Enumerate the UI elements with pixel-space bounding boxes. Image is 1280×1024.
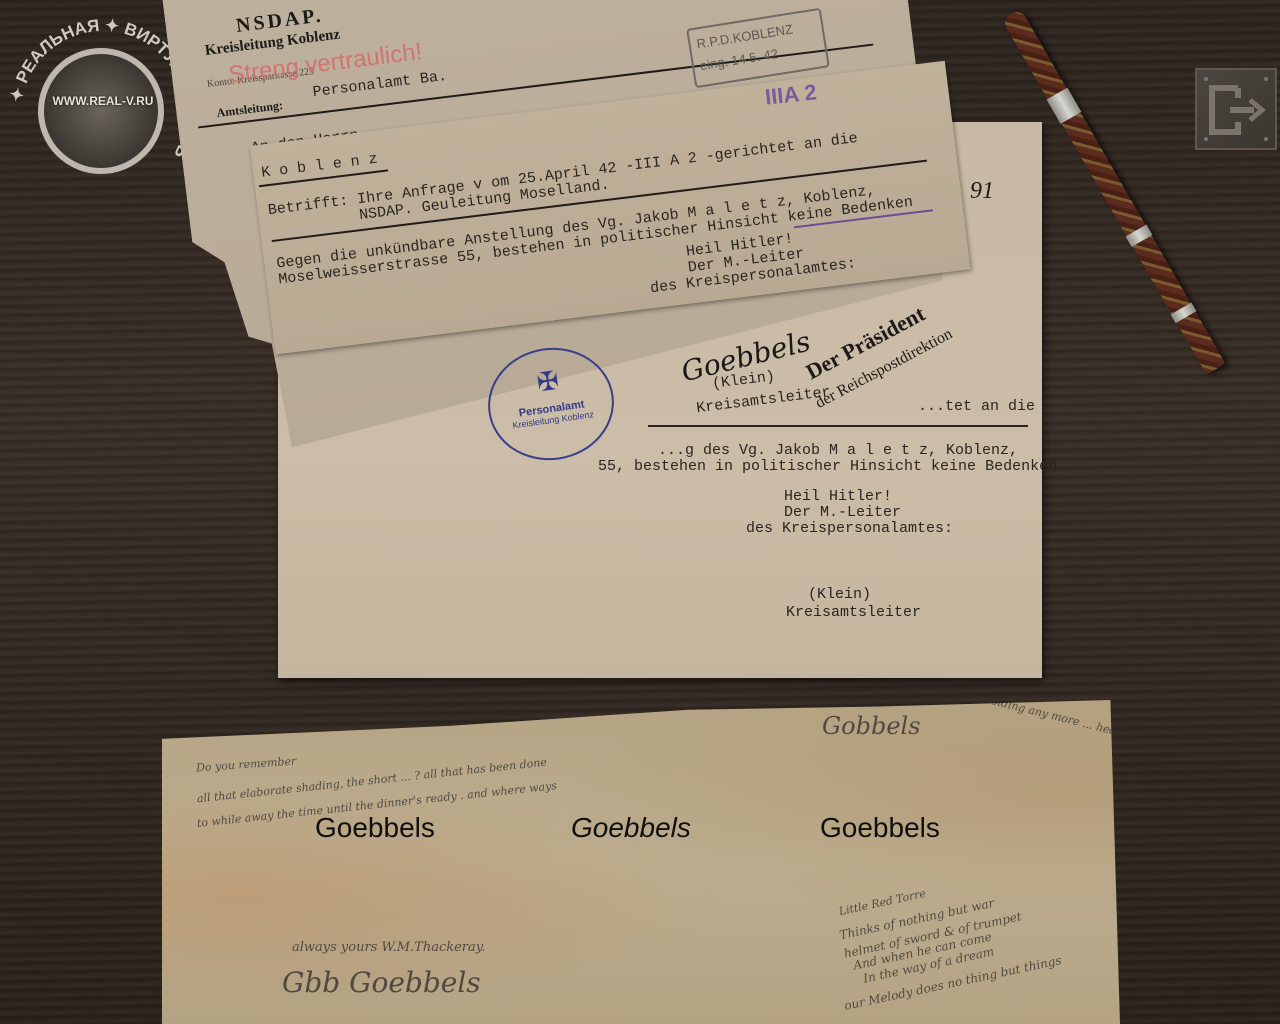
exit-button[interactable] xyxy=(1195,68,1277,150)
pen-band xyxy=(1126,225,1153,247)
note-line: Gobbels xyxy=(822,712,921,740)
logo-url: WWW.REAL-V.RU xyxy=(48,94,158,108)
note-line: Gbb Goebbels xyxy=(282,966,481,999)
subject-label: Betrifft: xyxy=(267,192,349,219)
rivet-icon xyxy=(1264,137,1268,141)
signature-choice-2[interactable]: Goebbels xyxy=(571,812,691,844)
back-closing-2: Der M.-Leiter xyxy=(784,504,901,521)
back-closing-3: des Kreispersonalamtes: xyxy=(746,520,953,537)
note-line: Do you remember xyxy=(196,755,297,775)
rivet-icon xyxy=(1264,77,1268,81)
rivet-icon xyxy=(1204,137,1208,141)
note-line: holding any more ... hedge gun? xyxy=(983,692,1161,748)
back-body-line-2: 55, bestehen in politischer Hinsicht kei… xyxy=(598,458,1057,475)
logo-compass-icon xyxy=(38,48,164,174)
note-line: always yours W.M.Thackeray. xyxy=(292,940,486,955)
pen-band xyxy=(1047,88,1082,124)
back-signer-name: (Klein) xyxy=(808,586,871,603)
signature-choice-3[interactable]: Goebbels xyxy=(820,812,940,844)
back-closing-1: Heil Hitler! xyxy=(784,488,892,505)
signature-choice-1[interactable]: Goebbels xyxy=(315,812,435,844)
page-number: 91 xyxy=(970,178,994,205)
pen-band xyxy=(1171,302,1197,323)
back-signer-title: Kreisamtsleiter xyxy=(786,604,921,621)
back-divider xyxy=(648,425,1028,427)
back-partial-line: ...tet an die xyxy=(918,398,1035,415)
back-body-line-1: ...g des Vg. Jakob M a l e t z, Koblenz, xyxy=(658,442,1018,459)
department-mark: IIIA 2 xyxy=(764,79,818,110)
exit-door-arrow-icon xyxy=(1208,84,1268,136)
handwriting-sample-sheet: Do you remember all that elaborate shadi… xyxy=(162,700,1120,1024)
rivet-icon xyxy=(1204,77,1208,81)
